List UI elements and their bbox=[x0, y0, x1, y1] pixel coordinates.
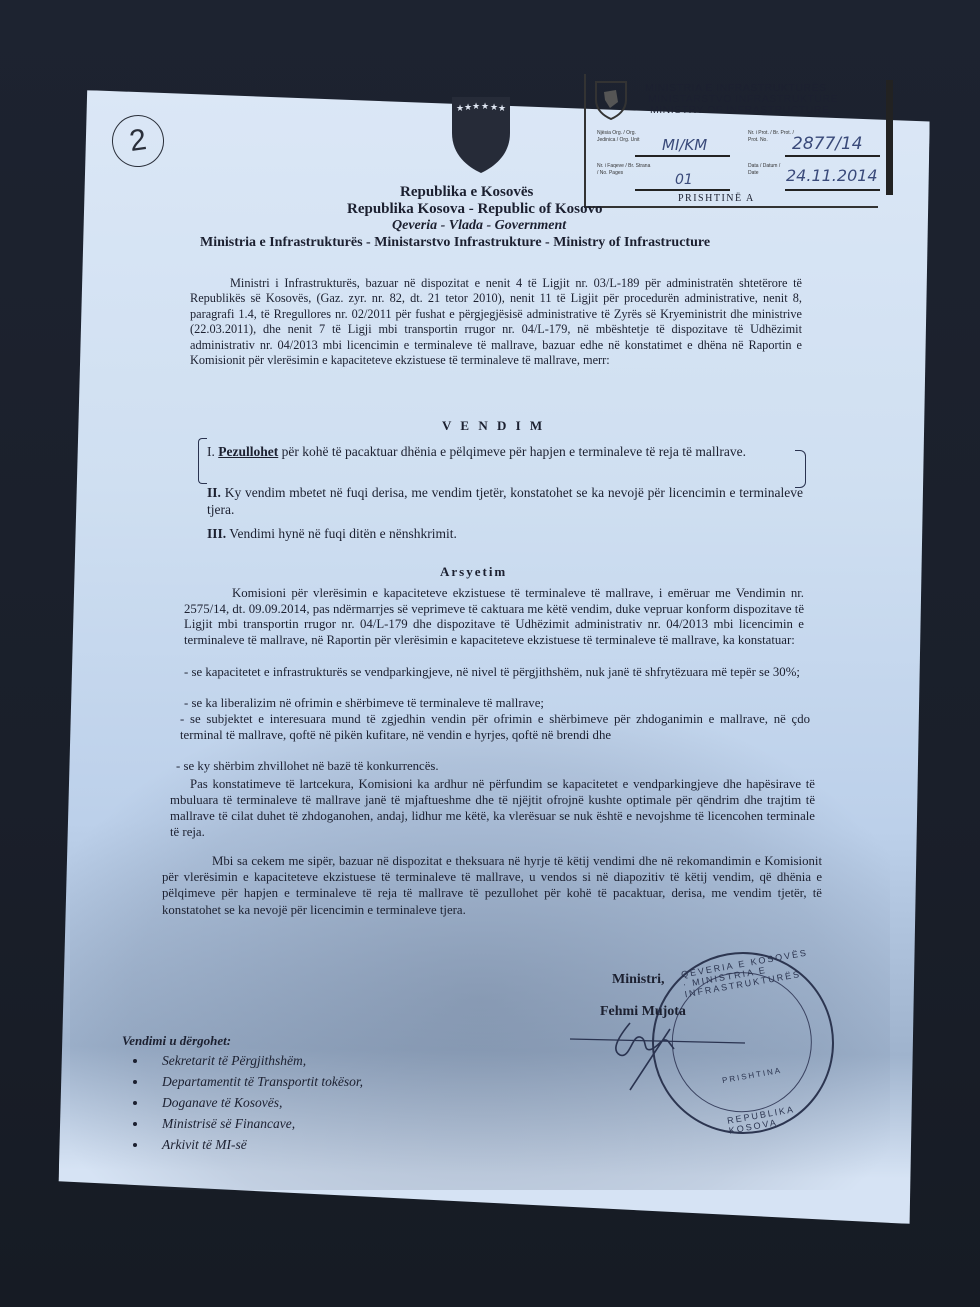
page-mark: 2 bbox=[109, 112, 168, 171]
stamp-ministry-en: MINISTRY OF INFRASTRUCTURE bbox=[650, 105, 829, 115]
reasoning-intro: Komisioni për vlerësimin e kapaciteteve … bbox=[184, 586, 804, 648]
stamp-emblem-icon bbox=[594, 80, 628, 120]
svg-text:★: ★ bbox=[472, 102, 480, 112]
distribution-item: Doganave të Kosovës, bbox=[148, 1092, 363, 1113]
pages-value: 01 bbox=[675, 172, 693, 188]
distribution-title: Vendimi u dërgohet: bbox=[122, 1033, 231, 1049]
distribution-item: Sekretarit të Përgjithshëm, bbox=[148, 1050, 363, 1071]
decision-item-2-num: II. bbox=[207, 485, 221, 500]
distribution-item: Ministrisë së Financave, bbox=[148, 1113, 363, 1134]
stamp-ministry-sr: MINISTARSTVO INFRASTRUKTURE bbox=[648, 94, 838, 104]
distribution-item: Departamentit të Transportit tokësor, bbox=[148, 1071, 363, 1092]
conclusion-paragraph-1: Pas konstatimeve të lartcekura, Komision… bbox=[170, 776, 815, 840]
handwritten-signature-icon bbox=[570, 1015, 760, 1095]
handwritten-bracket-left bbox=[198, 438, 207, 484]
org-unit-line bbox=[635, 155, 730, 157]
date-line bbox=[785, 189, 880, 191]
distribution-list: Sekretarit të Përgjithshëm, Departamenti… bbox=[118, 1050, 363, 1155]
decision-item-3: III. Vendimi hynë në fuqi ditën e nënshk… bbox=[207, 526, 457, 542]
preamble-paragraph: Ministri i Infrastrukturës, bazuar në di… bbox=[190, 276, 802, 368]
pages-label: Nr. i Faqeve / Br. Strana / No. Pages bbox=[597, 163, 652, 177]
prot-no-value: 2877/14 bbox=[792, 134, 863, 154]
stamp-city: PRISHTINË A bbox=[678, 193, 755, 204]
decision-item-1-lead: Pezullohet bbox=[218, 444, 278, 459]
org-unit-label: Njësia Org. / Org. Jedinica / Org. Unit bbox=[597, 130, 652, 144]
finding-1: - se kapacitetet e infrastrukturës se ve… bbox=[184, 665, 809, 681]
svg-text:★: ★ bbox=[456, 104, 464, 114]
decision-item-1-text: për kohë të pacaktuar dhënia e pëlqimeve… bbox=[278, 444, 746, 459]
decision-item-3-num: III. bbox=[207, 526, 226, 541]
decision-item-2: II. Ky vendim mbetet në fuqi derisa, me … bbox=[207, 484, 803, 518]
finding-3: - se subjektet e interesuara mund të zgj… bbox=[180, 712, 810, 743]
date-value: 24.11.2014 bbox=[786, 166, 878, 185]
finding-4: - se ky shërbim zhvillohet në bazë të ko… bbox=[176, 759, 439, 774]
header-government: Qeveria - Vlada - Government bbox=[392, 218, 566, 234]
document-content: 2 ★★★ ★★★ MINISTRIA E INFRASTRUKTURËS MI… bbox=[0, 0, 980, 1307]
header-republic-multilang: Republika Kosova - Republic of Kosovo bbox=[347, 201, 602, 218]
date-label: Data / Datum / Date bbox=[748, 163, 788, 177]
stamp-ministry-sq: MINISTRIA E INFRASTRUKTURËS bbox=[645, 83, 827, 93]
decision-item-3-text: Vendimi hynë në fuqi ditën e nënshkrimit… bbox=[226, 526, 457, 541]
svg-text:★: ★ bbox=[464, 103, 472, 113]
decision-title: V E N D I M bbox=[442, 418, 545, 434]
svg-text:★: ★ bbox=[498, 104, 506, 114]
conclusion-paragraph-2: Mbi sa cekem me sipër, bazuar në dispozi… bbox=[162, 853, 822, 918]
distribution-item: Arkivit të MI-së bbox=[148, 1134, 363, 1155]
finding-2: - se ka liberalizim në ofrimin e shërbim… bbox=[184, 696, 544, 711]
pages-line bbox=[635, 189, 730, 191]
decision-item-1-num: I. bbox=[207, 444, 215, 459]
decision-item-2-text: Ky vendim mbetet në fuqi derisa, me vend… bbox=[207, 485, 803, 517]
org-unit-value: MI/KM bbox=[662, 136, 707, 154]
header-ministry: Ministria e Infrastrukturës - Ministarst… bbox=[200, 235, 710, 251]
svg-text:★: ★ bbox=[490, 103, 498, 113]
svg-text:★: ★ bbox=[481, 102, 489, 112]
kosovo-coat-of-arms-icon: ★★★ ★★★ bbox=[450, 95, 512, 175]
prot-no-label: Nr. i Prot. / Br. Prot. / Prot. No. bbox=[748, 130, 798, 144]
header-republic-sq: Republika e Kosovës bbox=[400, 184, 533, 201]
signatory-title: Ministri, bbox=[612, 972, 665, 988]
reasoning-title: Arsyetim bbox=[440, 564, 507, 580]
prot-no-line bbox=[785, 155, 880, 157]
stamp-edge bbox=[886, 80, 893, 195]
decision-item-1: I. Pezullohet për kohë të pacaktuar dhën… bbox=[207, 443, 797, 460]
